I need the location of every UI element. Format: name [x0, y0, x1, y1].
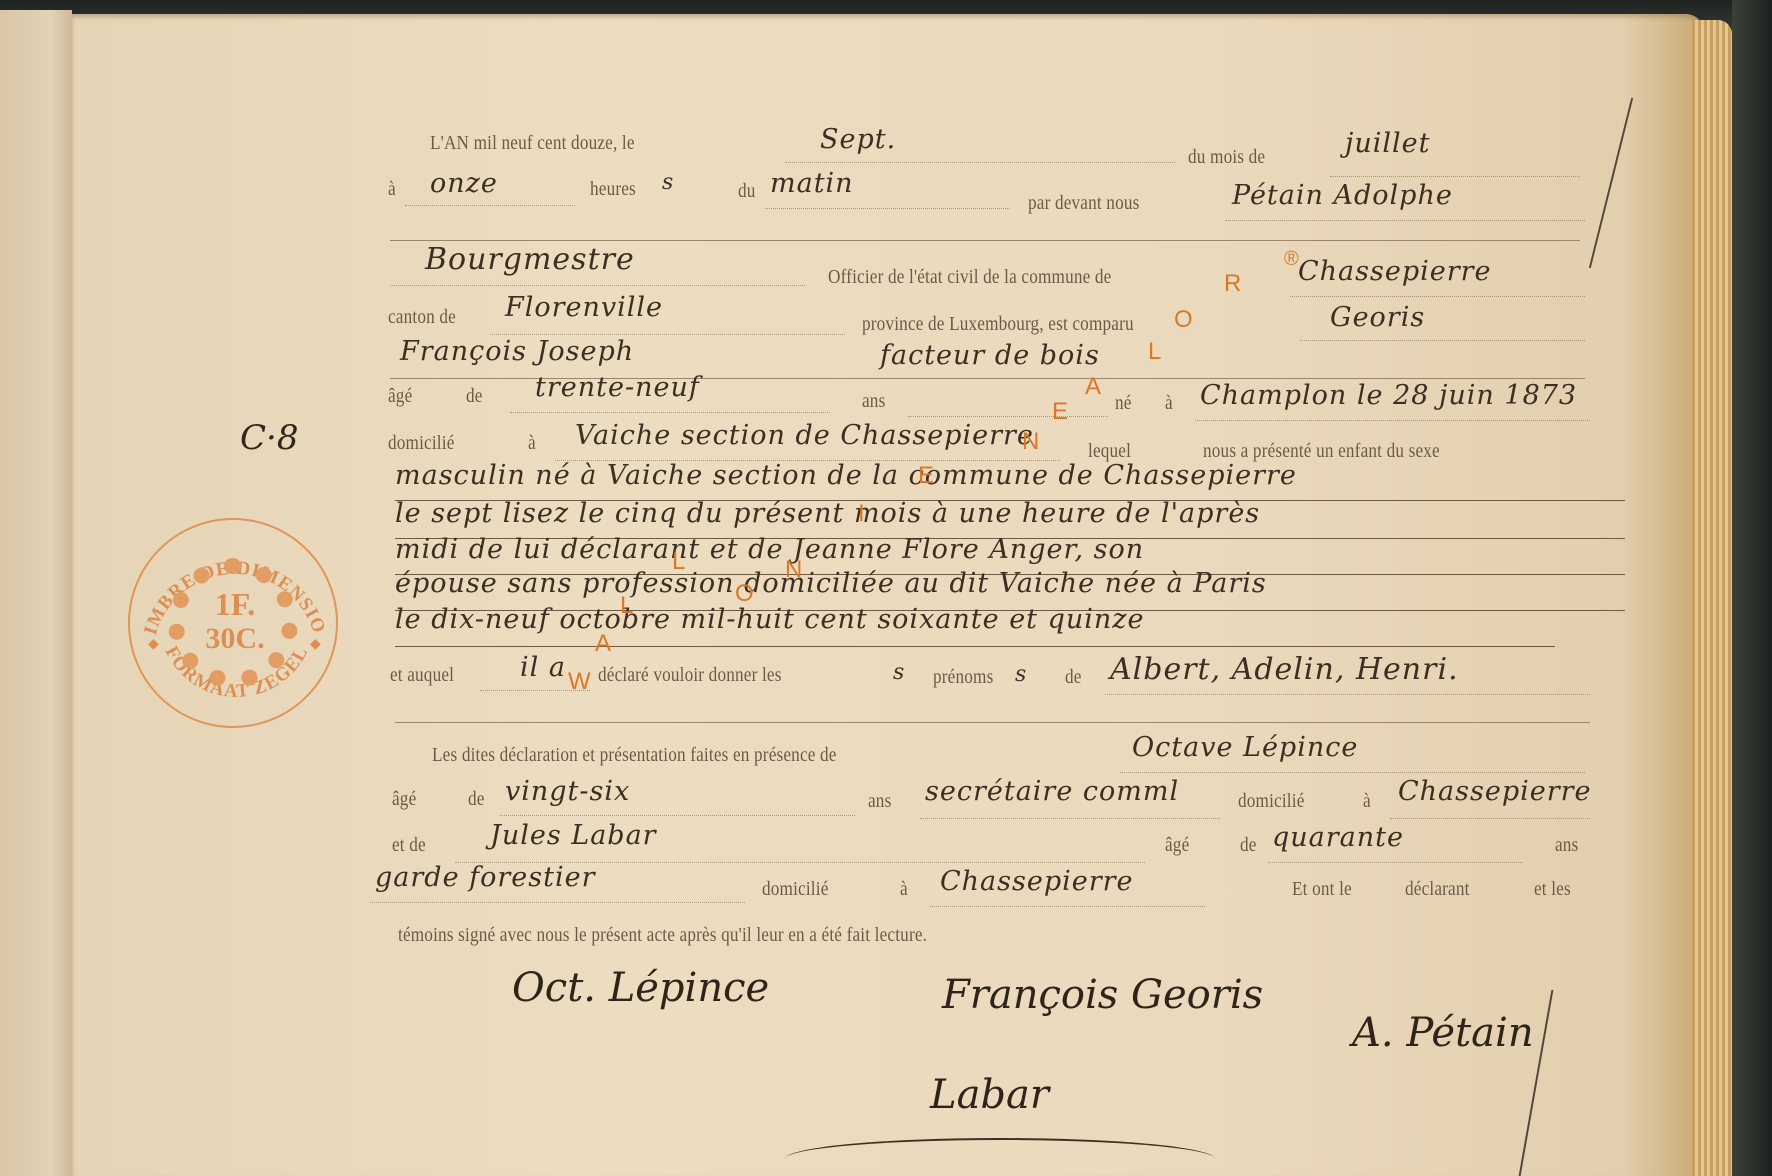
fill-line [500, 815, 855, 816]
printed-text: du mois de [1188, 146, 1265, 169]
handwritten-child-names: Albert, Adelin, Henri. [1110, 652, 1459, 687]
watermark-letter: L [1148, 338, 1161, 366]
watermark-letter: I [858, 500, 865, 528]
handwritten-witness1-profession: secrétaire comml [925, 776, 1179, 807]
margin-entry-number: C·8 [240, 418, 298, 458]
printed-text: âgé [388, 385, 412, 408]
handwritten-suffix: s [893, 660, 905, 685]
left-page-edge [0, 10, 72, 1176]
fill-line [1105, 694, 1590, 695]
watermark-letter: L [672, 548, 685, 576]
printed-text: province de Luxembourg, est comparu [862, 313, 1134, 336]
fill-line [1225, 220, 1585, 221]
fill-line [1268, 862, 1523, 863]
handwritten-officer-name: Pétain Adolphe [1232, 180, 1453, 211]
handwritten-commune: Chassepierre [1298, 256, 1492, 287]
fill-line [510, 412, 830, 413]
printed-text: de [466, 385, 483, 408]
printed-text: de [468, 788, 485, 811]
watermark-letter: O [1174, 306, 1193, 334]
fill-line [1330, 176, 1580, 177]
handwritten-period: matin [770, 168, 854, 199]
watermark-letter: E [1052, 398, 1068, 426]
watermark-letter: E [918, 462, 934, 490]
signature-declarant-georis: François Georis [942, 972, 1263, 1018]
ruled-line [395, 646, 1555, 647]
stamp-value-francs: 1F. [130, 586, 340, 623]
fill-line [1390, 818, 1590, 819]
handwritten-witness1-domicile: Chassepierre [1398, 776, 1592, 807]
fill-line [920, 818, 1220, 819]
printed-text: âgé [1165, 834, 1189, 857]
fill-line [765, 208, 1010, 209]
stamp-value-centimes: 30C. [130, 622, 340, 656]
printed-text: ans [862, 390, 885, 413]
watermark-letter: N [1022, 428, 1039, 456]
fill-line [1300, 340, 1585, 341]
ruled-line [390, 240, 1580, 241]
printed-text: prénoms [933, 666, 993, 689]
printed-text: et les [1534, 878, 1571, 901]
watermark-letter: R [1224, 270, 1241, 298]
handwritten-declarant-age: trente-neuf [535, 372, 700, 403]
signature-flourish [785, 1138, 1215, 1176]
handwritten-declarant-firstname: François Joseph [400, 336, 634, 367]
printed-text: heures [590, 178, 636, 201]
printed-text: à [1165, 392, 1173, 415]
fill-line [908, 416, 1108, 417]
printed-text: âgé [392, 788, 416, 811]
printed-text: domicilié [762, 878, 829, 901]
fill-line [490, 334, 845, 335]
handwritten-title: Bourgmestre [425, 242, 635, 277]
printed-text: ans [868, 790, 891, 813]
watermark-letter: N [785, 556, 802, 584]
handwritten-canton: Florenville [505, 292, 663, 323]
signature-witness-lepince: Oct. Lépince [512, 965, 769, 1011]
signature-witness-labar: Labar [930, 1072, 1049, 1118]
handwritten-declarant-birth: Champlon le 28 juin 1873 [1200, 380, 1577, 411]
printed-text: et auquel [390, 664, 454, 687]
printed-text: du [738, 180, 756, 203]
printed-text: Et ont le [1292, 878, 1352, 901]
handwritten-domicile: Vaiche section de Chassepierre [575, 420, 1034, 451]
fill-line [370, 902, 745, 903]
handwritten-suffix: s [1015, 662, 1027, 687]
handwritten-suffix: s [662, 170, 674, 195]
printed-text: à [1363, 790, 1371, 813]
page-stack-edge [1692, 20, 1732, 1176]
printed-text: déclarant [1405, 878, 1470, 901]
printed-text: de [1240, 834, 1257, 857]
printed-text: à [388, 178, 396, 201]
handwritten-month: juillet [1345, 128, 1431, 159]
tax-stamp: TIMBRE DE DIMENSION FORMAAT ZEGEL ◆ ◆ 1F… [128, 518, 338, 728]
printed-text: domicilié [388, 432, 455, 455]
watermark-letter: W [568, 668, 591, 696]
handwritten-profession: facteur de bois [880, 340, 1100, 371]
printed-text: et de [392, 834, 426, 857]
fill-line [785, 162, 1175, 163]
printed-text: Officier de l'état civil de la commune d… [828, 266, 1111, 289]
handwritten-narrative: midi de lui déclarant et de Jeanne Flore… [395, 534, 1144, 565]
fill-line [1290, 296, 1585, 297]
fill-line [1195, 420, 1590, 421]
printed-text: à [528, 432, 536, 455]
handwritten-narrative: épouse sans profession domiciliée au dit… [395, 568, 1267, 599]
handwritten-witness2-age: quarante [1272, 822, 1404, 853]
printed-text: canton de [388, 306, 456, 329]
ruled-line [395, 722, 1590, 723]
printed-text: à [900, 878, 908, 901]
printed-text: domicilié [1238, 790, 1305, 813]
watermark-registered-mark: ® [1284, 248, 1299, 271]
printed-text: Les dites déclaration et présentation fa… [432, 744, 837, 767]
handwritten-verb: il a [520, 652, 566, 683]
fill-line [1120, 772, 1585, 773]
handwritten-narrative: le sept lisez le cinq du présent mois à … [395, 498, 1260, 529]
watermark-letter: L [620, 592, 633, 620]
handwritten-witness2-name: Jules Labar [490, 820, 657, 851]
printed-text: L'AN mil neuf cent douze, le [430, 132, 635, 155]
handwritten-narrative: masculin né à Vaiche section de la commu… [395, 460, 1297, 491]
handwritten-day: Sept. [820, 124, 896, 155]
fill-line [405, 205, 575, 206]
printed-text: de [1065, 666, 1082, 689]
handwritten-witness2-domicile: Chassepierre [940, 866, 1134, 897]
watermark-letter: A [595, 630, 611, 658]
handwritten-witness1-name: Octave Lépince [1132, 732, 1358, 763]
printed-text: par devant nous [1028, 192, 1139, 215]
printed-text: témoins signé avec nous le présent acte … [398, 924, 927, 947]
handwritten-declarant-surname: Georis [1330, 302, 1425, 333]
book-cover-right [1732, 0, 1772, 1176]
handwritten-witness1-age: vingt-six [505, 776, 630, 807]
fill-line [390, 285, 805, 286]
printed-text: ans [1555, 834, 1578, 857]
handwritten-hour: onze [430, 168, 498, 199]
watermark-letter: A [1085, 373, 1101, 401]
watermark-letter: O [735, 580, 754, 608]
printed-text: déclaré vouloir donner les [598, 664, 782, 687]
handwritten-narrative: le dix-neuf octobre mil-huit cent soixan… [395, 604, 1145, 635]
fill-line [930, 906, 1205, 907]
printed-text: né [1115, 392, 1132, 415]
handwritten-witness2-profession: garde forestier [375, 862, 596, 893]
